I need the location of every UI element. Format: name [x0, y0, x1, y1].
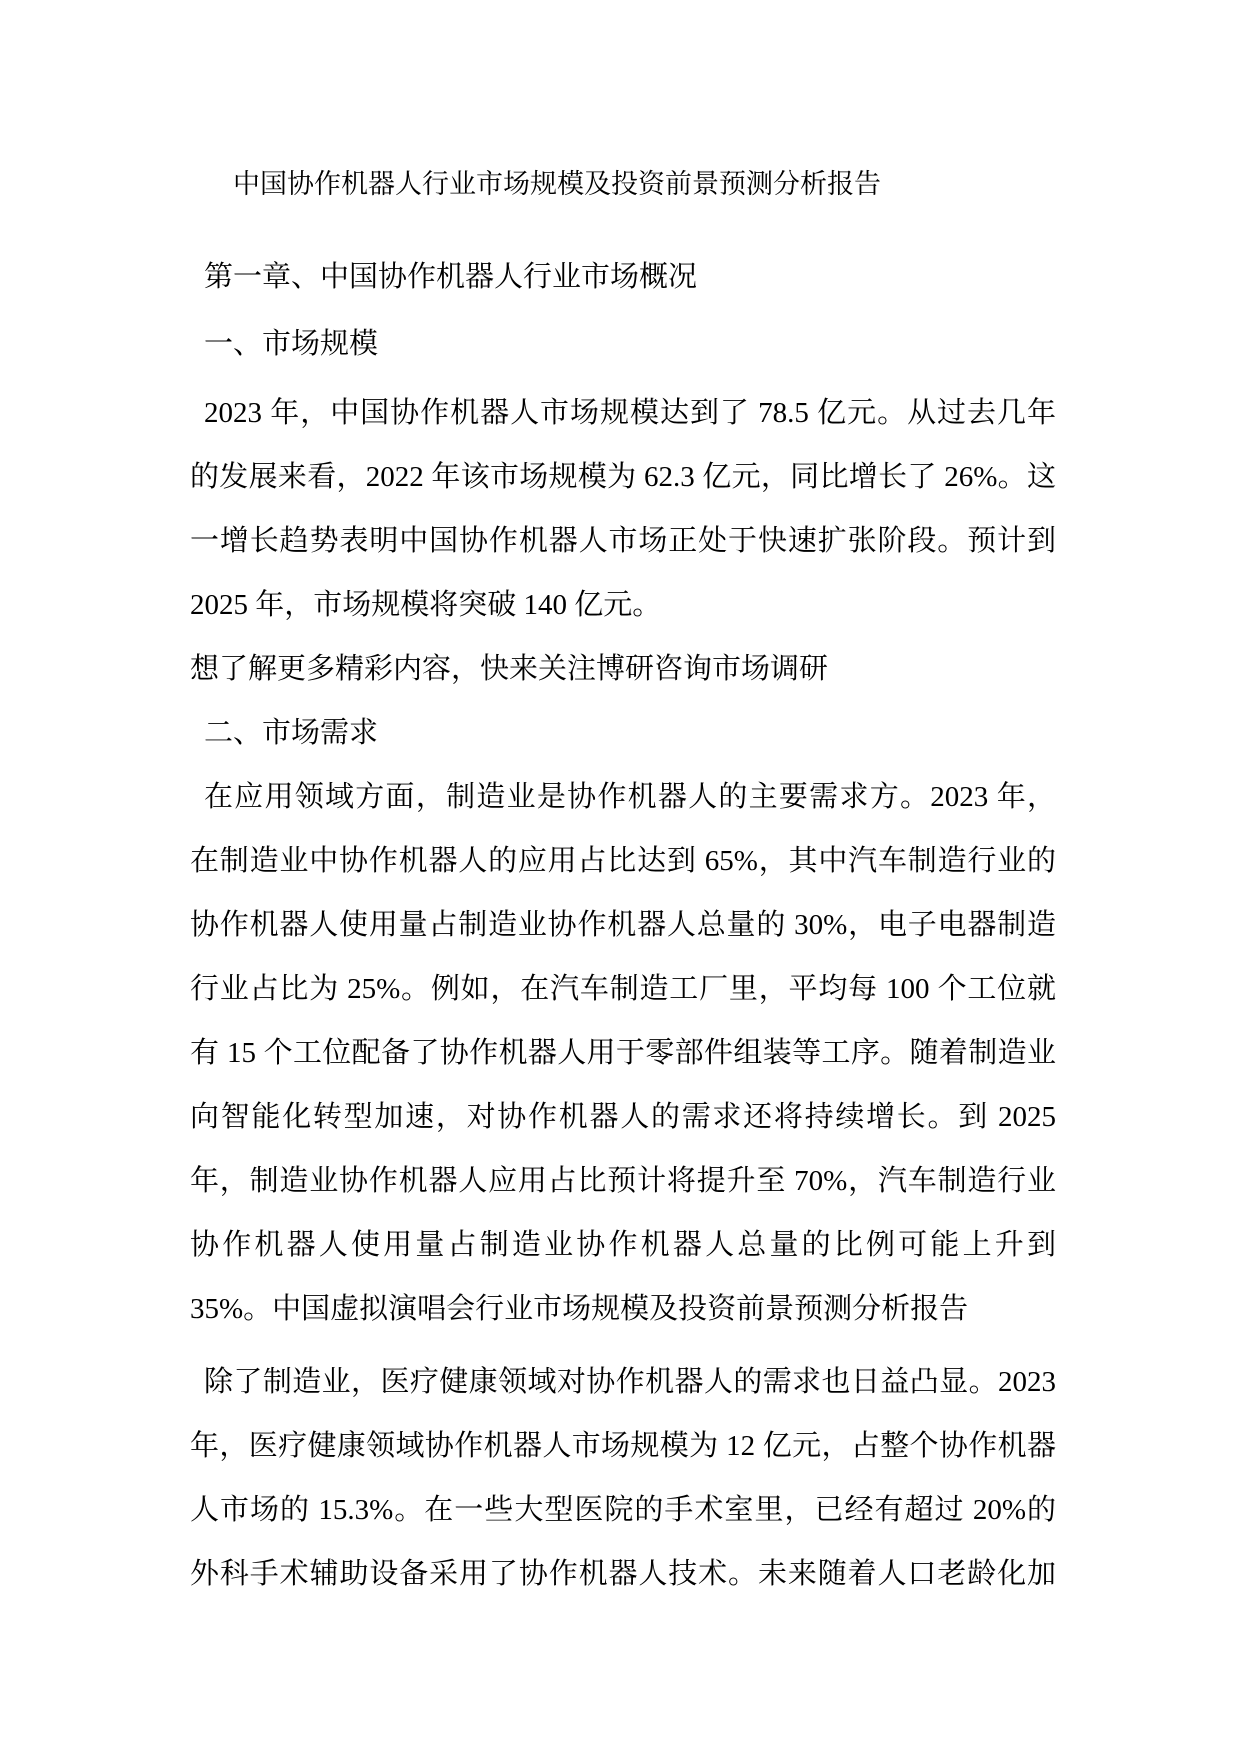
text-line: 一、市场规模 [190, 312, 1056, 376]
text-line: 协作机器人使用量占制造业协作机器人总量的 30%，电子电器制造 [190, 893, 1056, 957]
text-line: 协作机器人使用量占制造业协作机器人总量的比例可能上升到 [190, 1213, 1056, 1277]
text-line: 年，医疗健康领域协作机器人市场规模为 12 亿元，占整个协作机器 [190, 1414, 1056, 1478]
text-line: 向智能化转型加速，对协作机器人的需求还将持续增长。到 2025 [190, 1085, 1056, 1149]
document-body: 中国协作机器人行业市场规模及投资前景预测分析报告第一章、中国协作机器人行业市场概… [0, 0, 1056, 1606]
document-page: 中国协作机器人行业市场规模及投资前景预测分析报告第一章、中国协作机器人行业市场概… [0, 0, 1240, 1753]
chapter-heading: 第一章、中国协作机器人行业市场概况 [190, 245, 1056, 309]
paragraph: 2023 年，中国协作机器人市场规模达到了 78.5 亿元。从过去几年的发展来看… [190, 381, 1056, 637]
text-line: 一增长趋势表明中国协作机器人市场正处于快速扩张阶段。预计到 [190, 509, 1056, 573]
text-line: 有 15 个工位配备了协作机器人用于零部件组装等工序。随着制造业 [190, 1021, 1056, 1085]
text-line: 2025 年，市场规模将突破 140 亿元。 [190, 573, 1056, 637]
document-title: 中国协作机器人行业市场规模及投资前景预测分析报告 [190, 152, 1056, 216]
paragraph: 除了制造业，医疗健康领域对协作机器人的需求也日益凸显。2023年，医疗健康领域协… [190, 1350, 1056, 1606]
text-line: 的发展来看，2022 年该市场规模为 62.3 亿元，同比增长了 26%。这 [190, 445, 1056, 509]
paragraph: 在应用领域方面，制造业是协作机器人的主要需求方。2023 年，在制造业中协作机器… [190, 765, 1056, 1341]
promo-note: 想了解更多精彩内容，快来关注博研咨询市场调研 [190, 637, 1056, 701]
text-line: 二、市场需求 [190, 701, 1056, 765]
text-line: 外科手术辅助设备采用了协作机器人技术。未来随着人口老龄化加 [190, 1542, 1056, 1606]
text-line: 人市场的 15.3%。在一些大型医院的手术室里，已经有超过 20%的 [190, 1478, 1056, 1542]
text-line: 在应用领域方面，制造业是协作机器人的主要需求方。2023 年， [190, 765, 1056, 829]
text-line: 2023 年，中国协作机器人市场规模达到了 78.5 亿元。从过去几年 [190, 381, 1056, 445]
text-line: 第一章、中国协作机器人行业市场概况 [190, 245, 1056, 309]
text-line: 35%。中国虚拟演唱会行业市场规模及投资前景预测分析报告 [190, 1277, 1056, 1341]
text-line: 想了解更多精彩内容，快来关注博研咨询市场调研 [190, 637, 1056, 701]
section-heading: 二、市场需求 [190, 701, 1056, 765]
text-line: 行业占比为 25%。例如，在汽车制造工厂里，平均每 100 个工位就 [190, 957, 1056, 1021]
text-line: 除了制造业，医疗健康领域对协作机器人的需求也日益凸显。2023 [190, 1350, 1056, 1414]
text-line: 中国协作机器人行业市场规模及投资前景预测分析报告 [190, 152, 1056, 216]
section-heading: 一、市场规模 [190, 312, 1056, 376]
text-line: 在制造业中协作机器人的应用占比达到 65%，其中汽车制造行业的 [190, 829, 1056, 893]
text-line: 年，制造业协作机器人应用占比预计将提升至 70%，汽车制造行业 [190, 1149, 1056, 1213]
